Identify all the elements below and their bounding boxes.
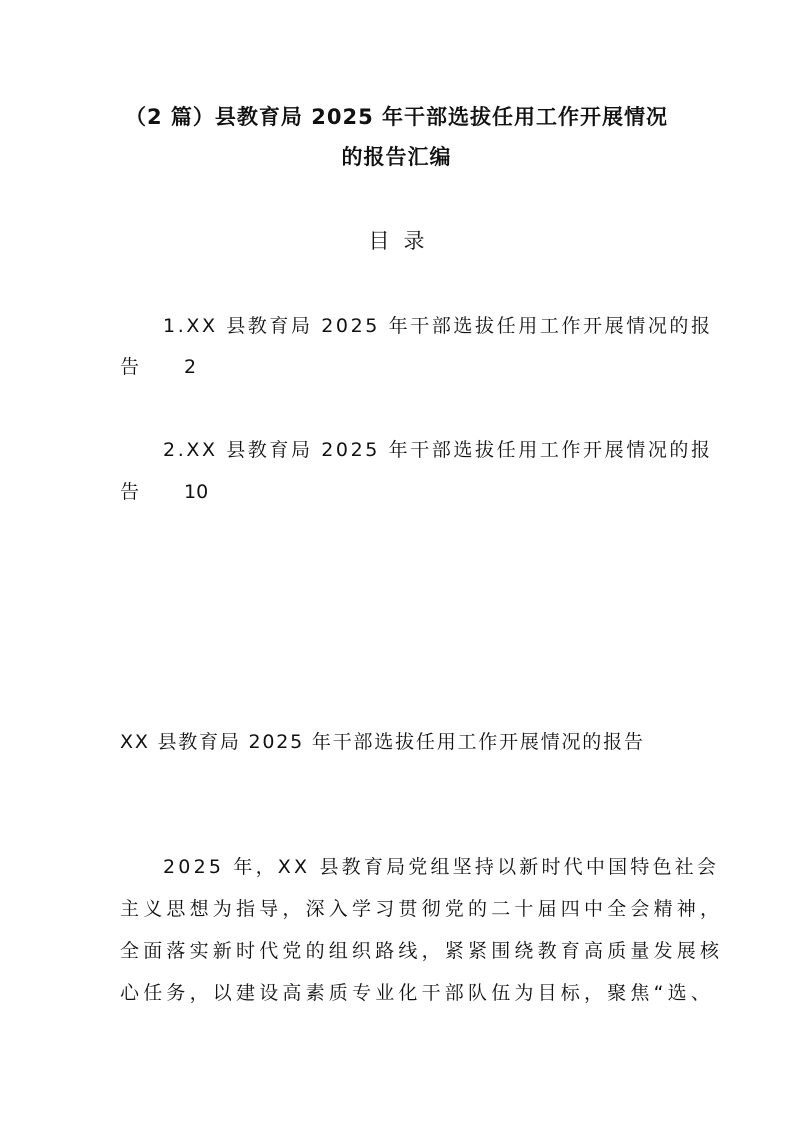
toc-entry-page-number[interactable]: 10 — [184, 480, 208, 504]
document-page: （2 篇）县教育局 2025 年干部选拔任用工作开展情况 的报告汇编 目录 1.… — [0, 0, 793, 1122]
document-title-line-1: （2 篇）县教育局 2025 年干部选拔任用工作开展情况 — [0, 105, 793, 129]
body-paragraph-line-2: 主义思想为指导，深入学习贯彻党的二十届四中全会精神， — [120, 897, 723, 921]
body-paragraph-line-4: 心任务，以建设高素质专业化干部队伍为目标，聚焦“选、 — [120, 981, 714, 1005]
toc-heading: 目录 — [0, 229, 793, 253]
document-title-line-2: 的报告汇编 — [0, 145, 793, 169]
body-paragraph-line-1: 2025 年，XX 县教育局党组坚持以新时代中国特色社会 — [163, 855, 719, 879]
body-paragraph-line-3: 全面落实新时代党的组织路线，紧紧围绕教育高质量发展核 — [120, 939, 723, 963]
toc-entry-title-continued[interactable]: 告 — [120, 480, 141, 504]
toc-entry-page-number[interactable]: 2 — [184, 355, 196, 379]
toc-entry-title[interactable]: 1.XX 县教育局 2025 年干部选拔任用工作开展情况的报 — [163, 314, 713, 338]
toc-entry-title[interactable]: 2.XX 县教育局 2025 年干部选拔任用工作开展情况的报 — [163, 438, 713, 462]
section-title: XX 县教育局 2025 年干部选拔任用工作开展情况的报告 — [120, 730, 645, 754]
toc-entry-title-continued[interactable]: 告 — [120, 355, 141, 379]
